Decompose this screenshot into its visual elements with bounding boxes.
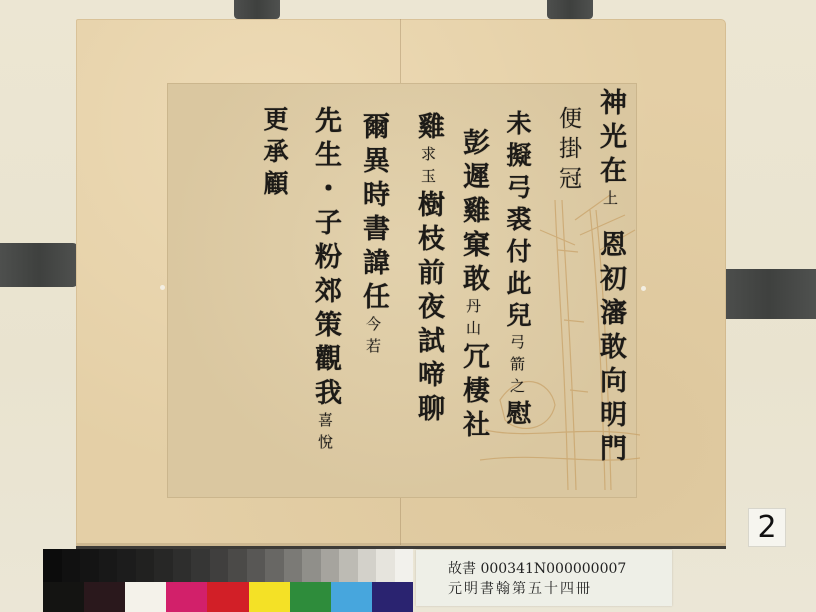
- grey-step-6: [136, 549, 155, 582]
- calligraphy-column-7: 先生・子粉郊策觀我喜悅: [312, 106, 339, 456]
- calligraphy-column-2: 便掛冠: [556, 106, 579, 196]
- grey-step-7: [154, 549, 173, 582]
- grey-step-14: [284, 549, 303, 582]
- catalog-id: 故書 000341N000000007: [448, 558, 626, 578]
- grey-step-11: [228, 549, 247, 582]
- mount-tab-top-right: [547, 0, 593, 19]
- color-checker-target: [43, 549, 413, 612]
- grey-step-5: [117, 549, 136, 582]
- calligraphy-column-6: 爾異時書諱任今若: [360, 112, 387, 360]
- grey-step-8: [173, 549, 192, 582]
- grey-step-3: [80, 549, 99, 582]
- color-patch-3: [125, 582, 166, 612]
- color-patch-8: [331, 582, 372, 612]
- catalog-label: 故書 000341N000000007 元明書翰第五十四冊: [416, 550, 672, 606]
- grey-step-19: [376, 549, 395, 582]
- grey-step-9: [191, 549, 210, 582]
- grey-step-10: [210, 549, 229, 582]
- grey-step-4: [99, 549, 118, 582]
- color-patch-6: [249, 582, 290, 612]
- grey-scale-strip: [43, 549, 413, 582]
- grey-step-15: [302, 549, 321, 582]
- grey-step-1: [43, 549, 62, 582]
- color-patch-4: [166, 582, 207, 612]
- color-patch-2: [84, 582, 125, 612]
- page-number-tag: 2: [748, 508, 786, 547]
- grey-step-16: [321, 549, 340, 582]
- calligraphy-column-8: 更承顧: [262, 106, 287, 202]
- grey-step-17: [339, 549, 358, 582]
- pin-hole-left: [160, 285, 165, 290]
- calligraphy-column-1: 神光在上恩初瀋敢向明門: [597, 88, 624, 468]
- grey-step-18: [358, 549, 377, 582]
- color-patch-9: [372, 582, 413, 612]
- color-patch-5: [207, 582, 248, 612]
- color-patch-7: [290, 582, 331, 612]
- grey-step-12: [247, 549, 266, 582]
- mount-tab-left: [0, 243, 78, 287]
- pin-hole-right: [641, 286, 646, 291]
- color-patch-strip: [43, 582, 413, 612]
- mount-tab-top-left: [234, 0, 280, 19]
- leaf-bottom-edge: [76, 543, 726, 546]
- grey-step-20: [395, 549, 414, 582]
- calligraphy-column-5: 雞求玉樹枝前夜試啼聊: [415, 112, 442, 428]
- grey-step-2: [62, 549, 81, 582]
- calligraphy-column-3: 未擬弓裘付此兒弓箭之慰: [505, 110, 530, 432]
- grey-step-13: [265, 549, 284, 582]
- color-patch-1: [43, 582, 84, 612]
- mount-tab-right: [721, 269, 816, 319]
- calligraphy-column-4: 彭遲雞窠敢丹山冗棲社: [460, 128, 487, 444]
- volume-title: 元明書翰第五十四冊: [448, 578, 592, 598]
